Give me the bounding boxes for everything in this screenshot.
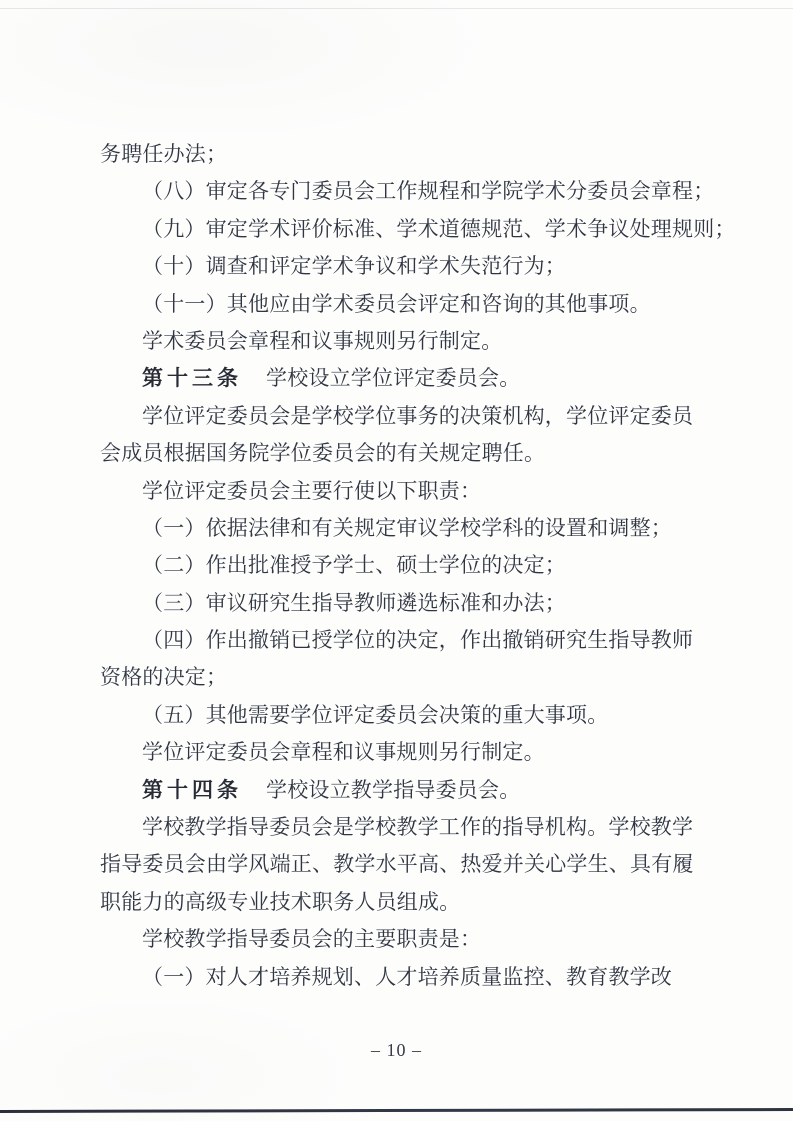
scanned-document-page: 务聘任办法； （八）审定各专门委员会工作规程和学院学术分委员会章程； （九）审定… [0,0,793,1121]
doc-line: 资格的决定； [100,659,700,696]
doc-line: 学位评定委员会章程和议事规则另行制定。 [100,734,700,771]
doc-line: （一）对人才培养规划、人才培养质量监控、教育教学改 [100,959,700,996]
doc-line: 学术委员会章程和议事规则另行制定。 [100,323,700,360]
doc-line: （一）依据法律和有关规定审议学校学科的设置和调整； [100,510,700,547]
doc-line: 学校教学指导委员会是学校教学工作的指导机构。学校教学 [100,809,700,846]
doc-line: （十）调查和评定学术争议和学术失范行为； [100,248,700,285]
article-14-title: 学校设立教学指导委员会。 [266,778,520,802]
doc-line: （四）作出撤销已授学位的决定，作出撤销研究生指导教师 [100,622,700,659]
article-13-title: 学校设立学位评定委员会。 [266,366,520,390]
article-13-heading: 第十三条学校设立学位评定委员会。 [100,360,700,397]
page-number: – 10 – [371,1040,422,1060]
doc-line: 指导委员会由学风端正、教学水平高、热爱并关心学生、具有履 [100,846,700,883]
scan-artifact-top-line [0,8,793,9]
doc-line: 学校教学指导委员会的主要职责是： [100,921,700,958]
doc-line: （十一）其他应由学术委员会评定和咨询的其他事项。 [100,286,700,323]
doc-line: （三）审议研究生指导教师遴选标准和办法； [100,585,700,622]
doc-line: （五）其他需要学位评定委员会决策的重大事项。 [100,697,700,734]
article-13-number: 第十三条 [142,366,242,390]
doc-line: （八）审定各专门委员会工作规程和学院学术分委员会章程； [100,173,700,210]
page-footer: – 10 – [0,1040,793,1061]
doc-line: （九）审定学术评价标准、学术道德规范、学术争议处理规则； [100,211,700,248]
scan-artifact-bottom-line [0,1108,793,1113]
doc-line: 学位评定委员会是学校学位事务的决策机构，学位评定委员 [100,398,700,435]
article-14-number: 第十四条 [142,778,242,802]
doc-line: 职能力的高级专业技术职务人员组成。 [100,884,700,921]
doc-line: （二）作出批准授予学士、硕士学位的决定； [100,547,700,584]
article-14-heading: 第十四条学校设立教学指导委员会。 [100,772,700,809]
doc-line: 会成员根据国务院学位委员会的有关规定聘任。 [100,435,700,472]
doc-line: 务聘任办法； [100,136,700,173]
document-body: 务聘任办法； （八）审定各专门委员会工作规程和学院学术分委员会章程； （九）审定… [100,136,700,996]
doc-line: 学位评定委员会主要行使以下职责： [100,473,700,510]
